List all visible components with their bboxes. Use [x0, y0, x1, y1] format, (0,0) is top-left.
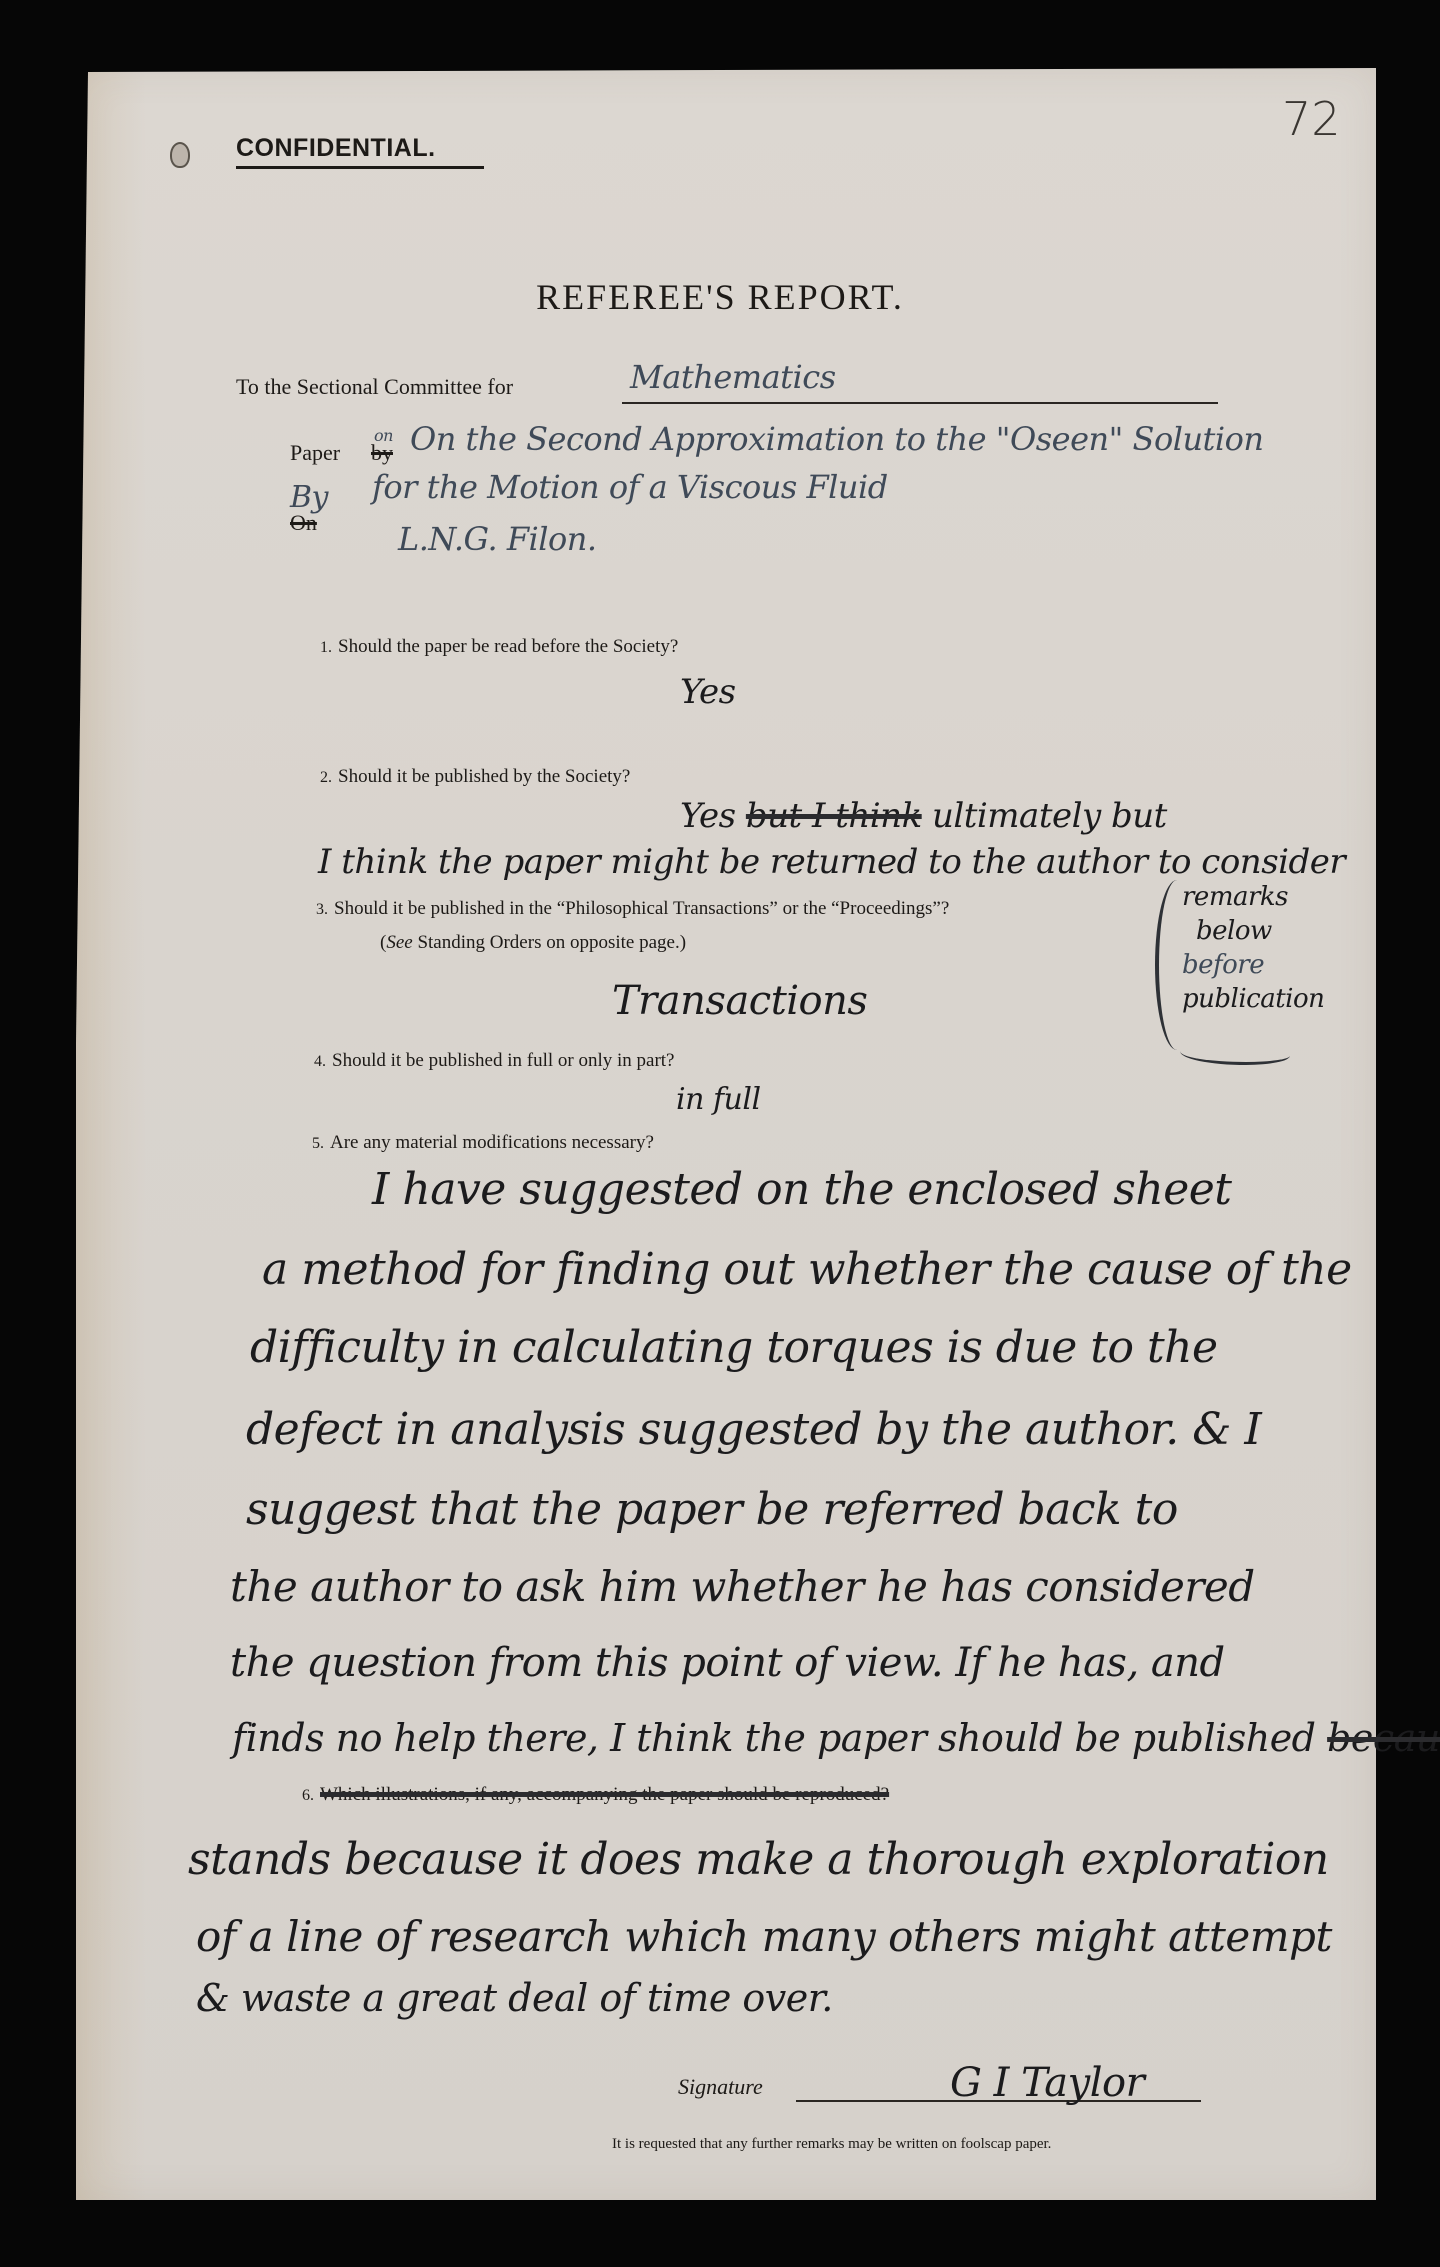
margin-note-line: below: [1182, 914, 1324, 948]
answer-2-yes: Yes: [680, 796, 736, 836]
answer-5-line: the question from this point of view. If…: [230, 1640, 1225, 1686]
answer-1: Yes: [680, 672, 736, 712]
question-number: 5.: [312, 1135, 324, 1152]
continuation-line: stands because it does make a thorough e…: [188, 1834, 1329, 1885]
committee-label: To the Sectional Committee for: [236, 374, 513, 400]
subtext: Standing Orders on opposite page.): [417, 932, 686, 953]
paper-title-line-2: for the Motion of a Viscous Fluid: [372, 468, 888, 506]
paper-on-insert: on: [374, 426, 393, 445]
answer-5-line: I have suggested on the enclosed sheet: [372, 1164, 1231, 1215]
confidential-underline: [236, 166, 484, 169]
paper-edge-stain: [76, 68, 146, 2200]
answer-3: Transactions: [612, 978, 867, 1024]
signature-label: Signature: [678, 2074, 763, 2100]
question-6: 6.Which illustrations, if any, accompany…: [302, 1784, 889, 1806]
question-2: 2.Should it be published by the Society?: [320, 766, 630, 788]
footer-note: It is requested that any further remarks…: [612, 2136, 1051, 2153]
answer-5-line: defect in analysis suggested by the auth…: [246, 1404, 1261, 1455]
answer-5-line: a method for finding out whether the cau…: [262, 1244, 1352, 1295]
margin-note-line: remarks: [1182, 880, 1324, 914]
answer-5-line: difficulty in calculating torques is due…: [250, 1322, 1218, 1373]
question-text-struck: Which illustrations, if any, accompanyin…: [320, 1784, 889, 1805]
answer-4: in full: [676, 1082, 761, 1117]
question-text: Should it be published by the Society?: [338, 766, 630, 787]
question-4: 4.Should it be published in full or only…: [314, 1050, 675, 1072]
see-italic: See: [386, 932, 412, 953]
committee-value: Mathematics: [630, 358, 836, 396]
answer-2-line-1: Yes but I think ultimately but: [680, 796, 1167, 836]
answer-5-line: finds no help there, I think the paper s…: [232, 1716, 1316, 1760]
question-number: 2.: [320, 769, 332, 786]
question-text: Should it be published in full or only i…: [332, 1050, 675, 1071]
answer-5-line: suggest that the paper be referred back …: [246, 1484, 1178, 1535]
continuation-line: & waste a great deal of time over.: [196, 1976, 833, 2020]
margin-note-line: before: [1182, 948, 1324, 982]
paper-title-line-1: On the Second Approximation to the "Osee…: [410, 420, 1264, 458]
question-text: Are any material modifications necessary…: [330, 1132, 654, 1153]
committee-field-line: [622, 402, 1218, 404]
margin-brace: [1155, 880, 1199, 1050]
question-3-subtext: (See Standing Orders on opposite page.): [380, 932, 686, 954]
margin-note-line: publication: [1182, 982, 1324, 1016]
confidential-label: CONFIDENTIAL.: [236, 134, 436, 163]
question-text: Should the paper be read before the Soci…: [338, 636, 678, 657]
question-number: 4.: [314, 1053, 326, 1070]
answer-2-struck: but I think: [746, 796, 922, 836]
question-number: 6.: [302, 1787, 314, 1804]
answer-5-struck-word: because: [1327, 1716, 1440, 1760]
continuation-line: of a line of research which many others …: [196, 1912, 1332, 1961]
answer-5-line: the author to ask him whether he has con…: [230, 1562, 1255, 1611]
on-struck: On: [290, 510, 317, 536]
page-title: REFEREE'S REPORT.: [0, 276, 1440, 318]
question-number: 1.: [320, 639, 332, 656]
answer-5-last-line: finds no help there, I think the paper s…: [232, 1716, 1440, 1760]
signature-value: G I Taylor: [950, 2060, 1144, 2106]
page-number: 72: [1282, 92, 1341, 146]
paper-author: L.N.G. Filon.: [398, 520, 597, 558]
answer-2-line-2: I think the paper might be returned to t…: [318, 842, 1345, 882]
question-3: 3.Should it be published in the “Philoso…: [316, 898, 949, 920]
answer-2-rest: ultimately but: [932, 796, 1167, 836]
question-1: 1.Should the paper be read before the So…: [320, 636, 678, 658]
question-text: Should it be published in the “Philosoph…: [334, 898, 949, 919]
paper-label: Paper: [290, 440, 340, 466]
question-number: 3.: [316, 901, 328, 918]
margin-note: remarks below before publication: [1182, 880, 1324, 1016]
punch-hole: [170, 142, 190, 168]
question-5: 5.Are any material modifications necessa…: [312, 1132, 654, 1154]
